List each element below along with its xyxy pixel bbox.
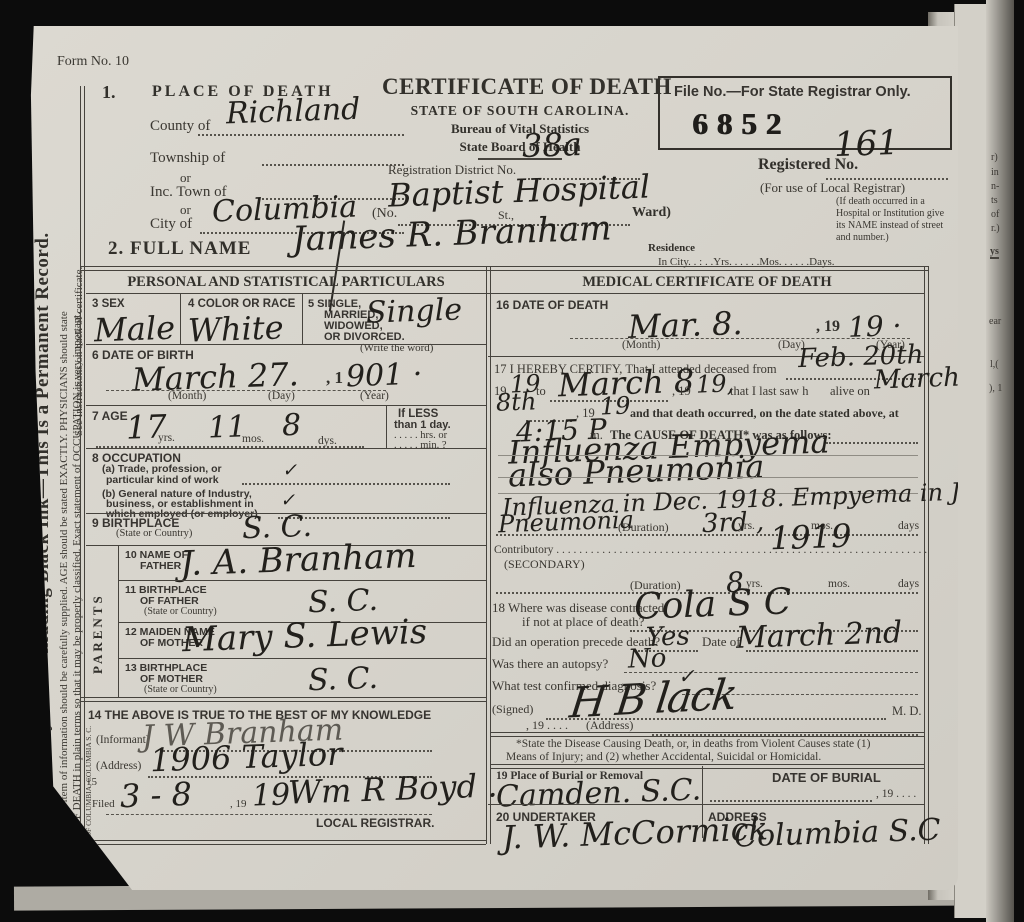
- city-label: City of: [150, 216, 192, 233]
- state-line: STATE OF SOUTH CAROLINA.: [382, 103, 658, 119]
- registered-no-value: 161: [833, 123, 899, 165]
- registration-district-value: 38a: [521, 125, 582, 165]
- informant-address-label: (Address): [96, 760, 141, 772]
- edge-text-fragment: r.): [991, 223, 1000, 234]
- sex-label: 3 SEX: [92, 298, 125, 310]
- mother-birthplace-value: S. C.: [307, 661, 378, 698]
- mother-birthplace-note: (State or Country): [144, 684, 217, 695]
- burial-date-label: DATE OF BURIAL: [772, 770, 881, 785]
- page-stack-edge-2: [954, 4, 989, 918]
- center-column-divider: [486, 266, 491, 844]
- row6-bottom-rule: [86, 405, 486, 406]
- medical-section-header: MEDICAL CERTIFICATE OF DEATH: [490, 274, 924, 291]
- edge-text-fragment: ear: [989, 316, 1001, 327]
- file-box-label: File No.—For State Registrar Only.: [674, 84, 911, 100]
- certify-19b: , 19: [672, 384, 691, 399]
- footnote-top-rule: [490, 732, 924, 737]
- operation-date-line: [746, 648, 918, 652]
- death-date-line: [570, 336, 910, 339]
- occupation-a-line: [242, 481, 450, 485]
- filed-label: Filed: [92, 798, 115, 810]
- filed-line: [106, 812, 432, 815]
- certify-saw: that I last saw h: [730, 384, 808, 399]
- disease-contracted-label2: if not at place of death?: [522, 614, 644, 630]
- duration2-days: days: [898, 578, 919, 590]
- marital-value: Single: [365, 292, 462, 330]
- edge-text-fragment: of: [991, 209, 999, 220]
- full-name-label: 2. FULL NAME: [108, 238, 251, 260]
- birthplace-note: (State or Country): [116, 528, 192, 539]
- operation-date-label: Date of: [702, 634, 741, 650]
- age-less-divider: [386, 405, 387, 448]
- undertaker-address-value: Columbia S.C: [733, 812, 941, 854]
- contributory-label: Contributory . . . . . . . . . . . . . .…: [494, 544, 927, 556]
- certify-to: to: [536, 384, 546, 399]
- duration1-overlay-3rd: 3rd ,: [701, 507, 764, 539]
- personal-section-header: PERSONAL AND STATISTICAL PARTICULARS: [86, 274, 486, 291]
- page-stack-edge-3: [986, 0, 1014, 922]
- certificate-title: CERTIFICATE OF DEATH: [382, 74, 658, 100]
- row1-bottom-rule: [86, 344, 486, 345]
- filed-date-value: 3 - 8: [119, 775, 192, 815]
- file-number-box: File No.—For State Registrar Only. 6852: [658, 76, 952, 150]
- section1-number: 1.: [102, 82, 116, 103]
- death-date-label: 16 DATE OF DEATH: [496, 298, 608, 312]
- certify-alive: alive on: [830, 384, 870, 399]
- burial-date-year: , 19 . . . .: [876, 788, 916, 800]
- filed-year-value: 19: [251, 777, 290, 813]
- scanned-death-certificate-photo: { "form_no": "Form No. 10", "margin": { …: [0, 0, 1024, 922]
- dob-year-printed: , 1: [326, 368, 343, 388]
- certify-alive-value: March: [874, 363, 961, 396]
- parents-bottom-rule: [80, 697, 486, 702]
- signature-address-label: (Address): [586, 718, 633, 733]
- signed-label: (Signed): [492, 702, 533, 717]
- footnote-line1: *State the Disease Causing Death, or, in…: [516, 738, 870, 750]
- cause-rule-2: [498, 477, 918, 478]
- street-ward-label: Ward): [632, 205, 671, 221]
- dob-month-sublabel: (Month): [168, 390, 206, 402]
- age-years-label: yrs.: [158, 432, 175, 444]
- county-line: [198, 132, 404, 136]
- filed-year-printed: , 19: [230, 798, 247, 810]
- secondary-label: (SECONDARY): [504, 557, 585, 572]
- certificate-title-block: CERTIFICATE OF DEATH STATE OF SOUTH CARO…: [382, 74, 658, 160]
- age-months-value: 11: [207, 409, 246, 445]
- columns-top-rule: [80, 266, 928, 271]
- race-marital-divider: [302, 294, 303, 344]
- township-line: [262, 162, 404, 166]
- burial-date-line: [710, 798, 872, 802]
- father-birthplace-note: (State or Country): [144, 606, 217, 617]
- bureau-line: Bureau of Vital Statistics: [382, 121, 658, 137]
- certificate-paper: ed For Binding. Write Plainly With Unfad…: [30, 26, 958, 890]
- board-line: State Board of Health: [382, 139, 658, 155]
- margin-divider-rule: [80, 86, 85, 844]
- duration2-mos: mos.: [828, 578, 850, 590]
- burial-row-bottom-rule: [488, 804, 924, 805]
- permanent-record-note: Write Plainly With Unfading Black Ink—Th…: [32, 232, 54, 836]
- row7-bottom-rule: [86, 448, 486, 449]
- headers-bottom-rule: [86, 293, 924, 294]
- signature-year-label: , 19 . . . .: [526, 718, 568, 733]
- binding-note: ed For Binding.: [16, 161, 33, 261]
- filed-section-number: 15: [86, 776, 97, 788]
- occupation-a-line2: particular kind of work: [106, 474, 219, 486]
- county-value: Richland: [225, 92, 360, 132]
- death-month-sublabel: (Month): [622, 339, 660, 351]
- file-number-stamp: 6852: [692, 106, 790, 142]
- local-registrar-label: LOCAL REGISTRAR.: [316, 816, 434, 830]
- nb-note-line1: N. B.—Every item of information should b…: [58, 267, 71, 866]
- dob-line: [106, 388, 386, 391]
- age-less-line4: . . . . . min. ?: [394, 440, 447, 451]
- autopsy-question: Was there an autopsy?: [492, 656, 608, 672]
- father-name-value: J. A. Branham: [179, 536, 417, 584]
- edge-text-fragment: in: [991, 167, 999, 178]
- mother-name-value: Mary S. Lewis: [181, 612, 427, 661]
- certify-19b-value: 19,: [696, 369, 735, 398]
- edge-text-fragment: l,(: [990, 359, 999, 370]
- age-label: 7 AGE: [92, 409, 128, 423]
- row10-bottom-rule: [118, 580, 486, 581]
- footnote-line2: Means of Injury; and (2) whether Acciden…: [506, 751, 821, 763]
- left-column-bottom-rule: [80, 840, 486, 845]
- certify-line3: and that death occurred, on the date sta…: [630, 406, 899, 421]
- footnote-bottom-rule: [490, 764, 924, 769]
- cause-label-line: [826, 440, 918, 444]
- age-days-value: 8: [281, 408, 301, 444]
- edge-text-fragment: ts: [991, 195, 998, 206]
- dob-day-sublabel: (Day): [268, 390, 295, 402]
- hospital-instruction-note: (If death occurred in a Hospital or Inst…: [836, 196, 954, 244]
- father-name-label2: FATHER: [140, 560, 181, 572]
- certify-line3-value: 8th: [496, 387, 537, 416]
- occupation-b-check: ✓: [280, 490, 296, 512]
- edge-text-fragment: ), 1: [989, 383, 1002, 394]
- residence-label: Residence: [648, 242, 695, 254]
- edge-text-fragment: r): [991, 152, 998, 163]
- parents-label: PARENTS: [90, 593, 106, 674]
- township-label: Township of: [150, 150, 225, 167]
- undertaker-value: J. W. McCormick: [501, 809, 768, 856]
- dob-year-sublabel: (Year): [360, 390, 389, 402]
- edge-text-fragment: n-: [991, 181, 999, 192]
- death-year-printed: , 19: [816, 318, 840, 336]
- form-number: Form No. 10: [57, 54, 129, 70]
- local-registrar-signature: Wm R Boyd .: [287, 766, 498, 811]
- duration1-days: days: [898, 520, 919, 532]
- occupation-a-check: ✓: [282, 460, 298, 482]
- local-registrar-use-note: (For use of Local Registrar): [760, 180, 905, 196]
- row12-bottom-rule: [118, 658, 486, 659]
- edge-text-fragment: ys: [990, 246, 999, 259]
- parents-inner-divider: [118, 545, 119, 697]
- burial-place-value: Camden. S.C.: [495, 772, 701, 814]
- sex-race-divider: [180, 294, 181, 344]
- md-label: M. D.: [892, 704, 922, 719]
- duration1-overlay-pneumonia: Pneumonia: [498, 506, 635, 539]
